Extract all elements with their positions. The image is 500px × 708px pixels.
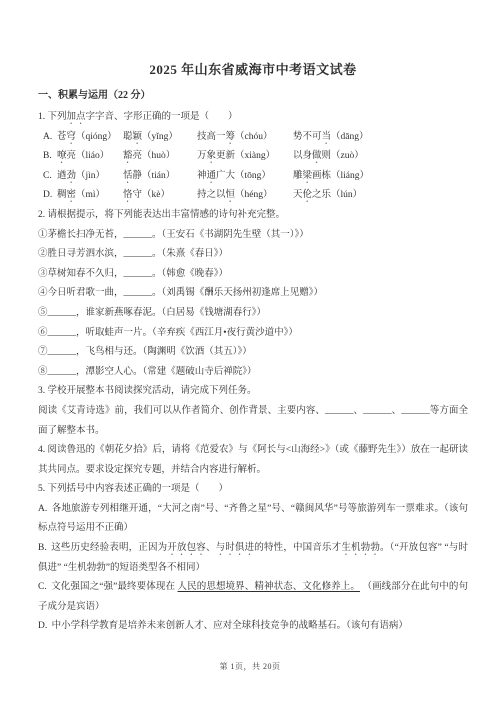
pinyin-term: 苍穹（qióng） — [57, 128, 123, 148]
verse-item: ②胜日寻芳泗水滨，______。（朱熹《春日》） — [38, 245, 468, 265]
dotted-char: 穹 — [67, 132, 77, 142]
question-3: 3. 学校开展整本书阅读探究活动，请完成下列任务。 阅读《艾青诗选》前，我们可以… — [38, 382, 468, 441]
option-label: D. — [38, 621, 50, 631]
pinyin-term: 持之以恒（héng） — [197, 186, 293, 206]
dotted-char: 豁 — [123, 151, 133, 161]
dotted-char: 恬 — [123, 171, 133, 181]
verse-item: ⑧______，潭影空人心。（常建《题破山寺后禅院》） — [38, 363, 468, 383]
page-footer: 第 1页，共 20页 — [0, 661, 500, 672]
question-5-stem: 5. 下列括号中内容表述正确的一项是（ ） — [38, 480, 468, 500]
option-label: A. — [43, 128, 57, 148]
pinyin-term: 遒劲（jìn） — [57, 167, 123, 187]
option-label: D. — [43, 186, 57, 206]
q5-option: A. 各地旅游专列相继开通，“大河之南”号、“齐鲁之星”号、“赣闽风华”号等旅游… — [38, 500, 468, 539]
dotted-char: 恪 — [123, 190, 133, 200]
text-segment: 加点 — [67, 112, 86, 122]
dotted-char: 象 — [207, 151, 217, 161]
dotted-char: 当 — [322, 132, 332, 142]
option-label: C. — [38, 582, 49, 592]
pinyin-term: 豁亮（huò） — [123, 147, 197, 167]
q5-option: C. 文化强国之“强”最终要体现在 人民的思想境界、精神状态、文化修养上。 （画… — [38, 578, 468, 617]
exam-page: 2025 年山东省威海市中考语文试卷 一、积累与运用（22 分） 1. 下列加点… — [0, 0, 500, 708]
dotted-char: 做 — [312, 151, 322, 161]
dotted-char: 梁 — [303, 171, 313, 181]
text-segment: 生机勃勃 — [341, 543, 380, 553]
verse-item: ③草树知春不久归，______。（韩愈《晚春》） — [38, 265, 468, 285]
verse-item: ⑦______，飞鸟相与还。（陶渊明《饮酒（其五）》） — [38, 343, 468, 363]
option-label: B. — [38, 543, 49, 553]
pinyin-term: 万象更新（xiàng） — [197, 147, 293, 167]
option-label: B. — [43, 147, 57, 167]
dotted-char: 恒 — [226, 190, 236, 200]
text-segment: 1. 下列 — [38, 112, 67, 122]
question-4: 4. 阅读鲁迅的《朝花夕拾》后，请将《范爱农》与《阿长与<山海经>》（或《藤野先… — [38, 441, 468, 480]
q5-option: D. 中小学科学教育是培养未来创新人才、应对全球科技竞争的战略基石。（该句有语病… — [38, 617, 468, 637]
pinyin-term: 神通广大（tōng） — [197, 167, 293, 187]
text-segment: 这些历史经验表明，正因为 — [51, 543, 167, 553]
question-2-items: ①茅檐长扫净无苔，______。（王安石《书湖阴先生壁（其一）》）②胜日寻芳泗水… — [38, 226, 468, 383]
verse-item: ①茅檐长扫净无苔，______。（王安石《书湖阴先生壁（其一）》） — [38, 226, 468, 246]
pinyin-term: 稠密（mì） — [57, 186, 123, 206]
pinyin-term: 恬静（tián） — [123, 167, 197, 187]
verse-item: ⑤______，谁家新燕啄春泥。（白居易《钱塘湖春行》） — [38, 304, 468, 324]
text-segment: 字字音、字形正确的一项是（ ） — [86, 112, 238, 122]
verse-item: ④今日听君歌一曲，______。（刘禹锡《酬乐天扬州初逢席上见赠》） — [38, 284, 468, 304]
option-label: A. — [38, 504, 50, 514]
question-3-body: 阅读《艾青诗选》前，我们可以从作者简介、创作背景、主要内容、______、___… — [38, 402, 468, 441]
q5-option: B. 这些历史经验表明，正因为开放包容、与时俱进的特性，中国音乐才生机勃勃。（“… — [38, 539, 468, 578]
pinyin-term: 天伦之乐（lún） — [293, 186, 468, 206]
question-5: 5. 下列括号中内容表述正确的一项是（ ） A. 各地旅游专列相继开通，“大河之… — [38, 480, 468, 637]
dotted-char: 劲 — [67, 171, 77, 181]
text-segment: 各地旅游专列相继开通，“大河之南”号、“齐鲁之星”号、“赣闽风华”号等旅游列车一… — [38, 504, 468, 534]
dotted-char: 通 — [207, 171, 217, 181]
text-segment: 文化强国之“强”最终要体现在 — [51, 582, 177, 592]
text-segment: 开放包容、与时俱进 — [167, 543, 254, 553]
question-1-options: A.苍穹（qióng）聪颖（yǐng）技高一筹（chóu）势不可当（dāng）B… — [38, 128, 468, 206]
pinyin-term: 恪守（kè） — [123, 186, 197, 206]
pinyin-term: 雕梁画栋（liáng） — [293, 167, 468, 187]
dotted-char: 密 — [67, 190, 77, 200]
question-5-options: A. 各地旅游专列相继开通，“大河之南”号、“齐鲁之星”号、“赣闽风华”号等旅游… — [38, 500, 468, 637]
q1-option-row: A.苍穹（qióng）聪颖（yǐng）技高一筹（chóu）势不可当（dāng） — [38, 128, 468, 148]
q1-option-row: B.嘹亮（liáo）豁亮（huò）万象更新（xiàng）以身做则（zuò） — [38, 147, 468, 167]
question-1-stem: 1. 下列加点字字音、字形正确的一项是（ ） — [38, 108, 468, 128]
pinyin-term: 嘹亮（liáo） — [57, 147, 123, 167]
pinyin-term: 技高一筹（chóu） — [197, 128, 293, 148]
section-heading: 一、积累与运用（22 分） — [38, 90, 468, 102]
dotted-char: 筹 — [226, 132, 236, 142]
question-3-stem: 3. 学校开展整本书阅读探究活动，请完成下列任务。 — [38, 382, 468, 402]
dotted-char: 颖 — [133, 132, 143, 142]
dotted-char: 伦 — [303, 190, 313, 200]
text-segment: 中小学科学教育是培养未来创新人才、应对全球科技竞争的战略基石。（该句有语病） — [52, 621, 408, 631]
text-segment: 的特性，中国音乐才 — [254, 543, 341, 553]
q1-option-row: C.遒劲（jìn）恬静（tián）神通广大（tōng）雕梁画栋（liáng） — [38, 167, 468, 187]
dotted-char: 嘹 — [57, 151, 67, 161]
question-2-stem: 2. 请根据提示，将下列能表达出丰富情感的诗句补充完整。 — [38, 206, 468, 226]
pinyin-term: 势不可当（dāng） — [293, 128, 468, 148]
pinyin-term: 以身做则（zuò） — [293, 147, 468, 167]
question-1: 1. 下列加点字字音、字形正确的一项是（ ） A.苍穹（qióng）聪颖（yǐn… — [38, 108, 468, 206]
question-2: 2. 请根据提示，将下列能表达出丰富情感的诗句补充完整。 ①茅檐长扫净无苔，__… — [38, 206, 468, 382]
text-segment: 人民的思想境界、精神状态、文化修养上。 — [178, 582, 360, 592]
option-label: C. — [43, 167, 57, 187]
q1-option-row: D.稠密（mì）恪守（kè）持之以恒（héng）天伦之乐（lún） — [38, 186, 468, 206]
page-title: 2025 年山东省威海市中考语文试卷 — [38, 62, 468, 78]
pinyin-term: 聪颖（yǐng） — [123, 128, 197, 148]
verse-item: ⑥______，听取蛙声一片。（辛弃疾《西江月•夜行黄沙道中》） — [38, 324, 468, 344]
question-4-stem: 4. 阅读鲁迅的《朝花夕拾》后，请将《范爱农》与《阿长与<山海经>》（或《藤野先… — [38, 441, 468, 480]
